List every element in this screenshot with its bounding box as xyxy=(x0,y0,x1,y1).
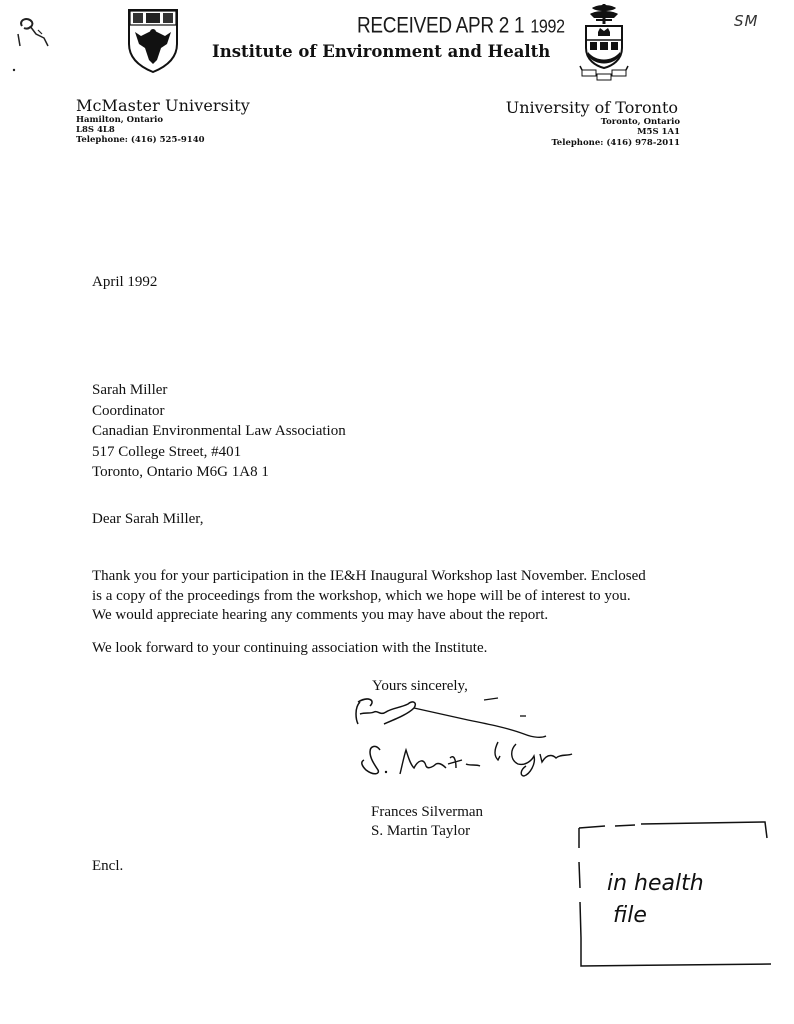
handwritten-annotation-box: in health file xyxy=(575,818,775,970)
mcmaster-crest-icon xyxy=(127,8,179,74)
recipient-organization: Canadian Environmental Law Association xyxy=(92,421,346,442)
signer-name: S. Martin Taylor xyxy=(371,822,483,841)
institute-name: Institute of Environment and Health xyxy=(212,42,550,61)
uoft-postal: M5S 1A1 xyxy=(637,127,680,137)
uoft-city: Toronto, Ontario xyxy=(601,117,680,127)
uoft-name: University of Toronto xyxy=(506,98,678,117)
letter-date: April 1992 xyxy=(92,272,157,292)
closing: Yours sincerely, xyxy=(372,676,468,696)
received-stamp-year: 1992 xyxy=(530,17,564,37)
enclosure-note: Encl. xyxy=(92,856,123,876)
body-paragraph-2: We look forward to your continuing assoc… xyxy=(92,638,487,658)
uoft-crest-icon xyxy=(576,2,632,82)
signer-names: Frances Silverman S. Martin Taylor xyxy=(371,803,483,841)
recipient-name: Sarah Miller xyxy=(92,380,346,401)
mcmaster-telephone: Telephone: (416) 525-9140 xyxy=(76,135,205,145)
recipient-address: Sarah Miller Coordinator Canadian Enviro… xyxy=(92,380,346,483)
body-paragraph-1: Thank you for your participation in the … xyxy=(92,567,646,626)
mcmaster-city: Hamilton, Ontario xyxy=(76,115,163,125)
margin-scribble-icon xyxy=(8,12,60,72)
annotation-line-2: file xyxy=(613,903,647,928)
salutation: Dear Sarah Miller, xyxy=(92,509,203,529)
paragraph-line: is a copy of the proceedings from the wo… xyxy=(92,587,646,607)
handwritten-signatures xyxy=(348,694,608,794)
received-stamp-label: RECEIVED APR 2 1 xyxy=(357,14,524,38)
annotation-line-1: in health xyxy=(607,871,704,896)
recipient-title: Coordinator xyxy=(92,401,346,422)
received-stamp: RECEIVED APR 2 11992 xyxy=(357,14,565,39)
paragraph-line: We would appreciate hearing any comments… xyxy=(92,606,646,626)
mcmaster-postal: L8S 4L8 xyxy=(76,125,115,135)
mcmaster-name: McMaster University xyxy=(76,96,250,115)
handwritten-initials: SM xyxy=(734,12,758,30)
signer-name: Frances Silverman xyxy=(371,803,483,822)
recipient-city: Toronto, Ontario M6G 1A8 1 xyxy=(92,462,346,483)
recipient-street: 517 College Street, #401 xyxy=(92,442,346,463)
uoft-telephone: Telephone: (416) 978-2011 xyxy=(551,138,680,148)
paragraph-line: Thank you for your participation in the … xyxy=(92,567,646,587)
